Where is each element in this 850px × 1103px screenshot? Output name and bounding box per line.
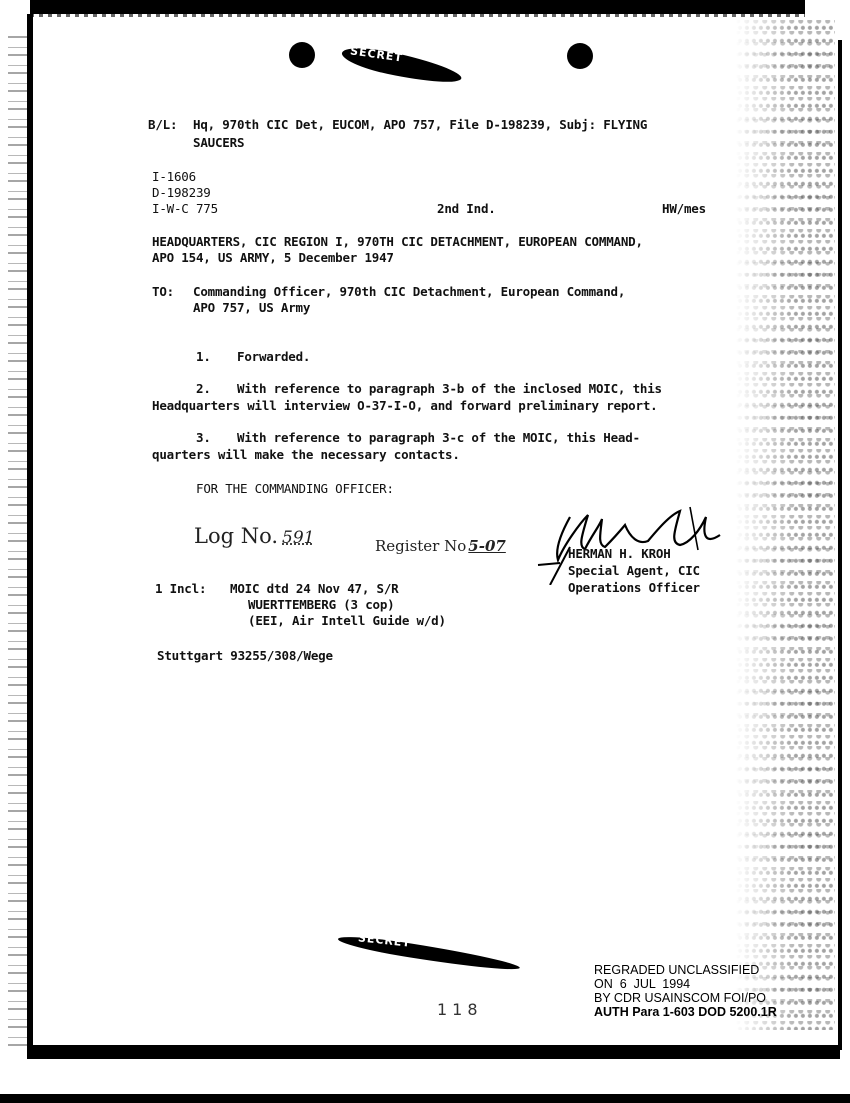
- paragraph-text: quarters will make the necessary contact…: [152, 447, 460, 463]
- buck-slip-line1: Hq, 970th CIC Det, EUCOM, APO 757, File …: [193, 117, 647, 133]
- regraded-line: REGRADED UNCLASSIFIED: [594, 963, 759, 977]
- to-line1: Commanding Officer, 970th CIC Detachment…: [193, 284, 625, 300]
- inclosure-line: MOIC dtd 24 Nov 47, S/R: [230, 581, 399, 597]
- paragraph-text: With reference to paragraph 3-c of the M…: [237, 430, 640, 446]
- paragraph-number: 2.: [196, 381, 211, 397]
- closing-line: FOR THE COMMANDING OFFICER:: [196, 481, 394, 497]
- signer-title: Special Agent, CIC: [568, 563, 700, 579]
- paragraph-text: Headquarters will interview O-37-I-O, an…: [152, 398, 657, 414]
- scan-border-left: [27, 14, 33, 1059]
- paragraph-number: 3.: [196, 430, 211, 446]
- log-number-value: 591: [282, 528, 314, 548]
- scan-border-bottom: [30, 1045, 840, 1059]
- regraded-line: BY CDR USAINSCOM FOI/PO: [594, 991, 766, 1005]
- regraded-line: ON 6 JUL 1994: [594, 977, 690, 991]
- indorsement-label: 2nd Ind.: [437, 201, 496, 217]
- to-line2: APO 757, US Army: [193, 300, 310, 316]
- scan-border-top: [30, 0, 805, 14]
- log-number-label: Log No.: [194, 524, 278, 548]
- inclosure-label: 1 Incl:: [155, 581, 206, 597]
- punch-hole-icon: [567, 43, 593, 69]
- register-number-stamp: Register No5-07: [375, 537, 506, 555]
- reference-number: D-198239: [152, 185, 211, 201]
- to-label: TO:: [152, 284, 174, 300]
- scan-noise-right: [735, 20, 835, 1030]
- from-line2: APO 154, US ARMY, 5 December 1947: [152, 250, 394, 266]
- from-line1: HEADQUARTERS, CIC REGION I, 970TH CIC DE…: [152, 234, 643, 250]
- scan-border-right: [838, 40, 842, 1050]
- paragraph-text: Forwarded.: [237, 349, 310, 365]
- scanned-document-page: SECRET B/L: Hq, 970th CIC Det, EUCOM, AP…: [0, 0, 850, 1103]
- regraded-stamp: REGRADED UNCLASSIFIED ON 6 JUL 1994 BY C…: [594, 963, 777, 1019]
- page-number: 118: [437, 1000, 483, 1019]
- regraded-line: AUTH Para 1-603 DOD 5200.1R: [594, 1005, 777, 1019]
- typist-initials: HW/mes: [662, 201, 706, 217]
- reference-number: I-1606: [152, 169, 196, 185]
- scan-bottom-bar: [0, 1094, 850, 1103]
- log-number-stamp: Log No.591: [194, 524, 314, 548]
- register-number-label: Register No: [375, 537, 466, 555]
- signer-name: HERMAN H. KROH: [568, 546, 671, 562]
- reference-number: I-W-C 775: [152, 201, 218, 217]
- buck-slip-label: B/L:: [148, 117, 177, 133]
- punch-hole-icon: [289, 42, 315, 68]
- register-number-value: 5-07: [468, 537, 506, 555]
- scan-border-top-noise: [30, 14, 805, 17]
- buck-slip-line2: SAUCERS: [193, 135, 244, 151]
- inclosure-line: WUERTTEMBERG (3 cop): [248, 597, 395, 613]
- inclosure-line: (EEI, Air Intell Guide w/d): [248, 613, 446, 629]
- distribution-line: Stuttgart 93255/308/Wege: [157, 648, 333, 664]
- paragraph-text: With reference to paragraph 3-b of the i…: [237, 381, 662, 397]
- paragraph-number: 1.: [196, 349, 211, 365]
- signer-title: Operations Officer: [568, 580, 700, 596]
